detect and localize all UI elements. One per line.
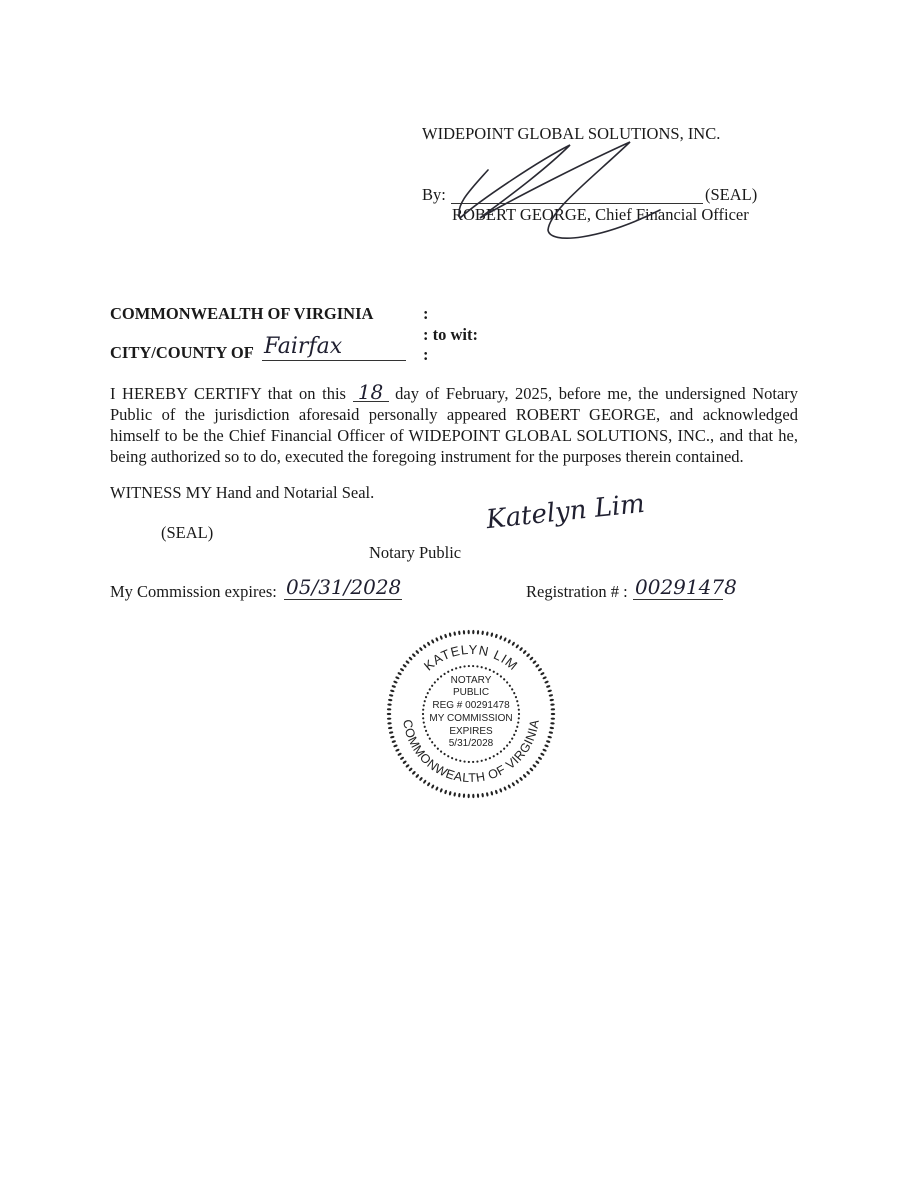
venue-colon-bottom: :: [423, 345, 429, 365]
registration-handwritten-value: 00291478: [635, 575, 737, 599]
county-field: Fairfax: [262, 336, 406, 361]
stamp-line: MY COMMISSION: [429, 713, 512, 724]
state-heading: COMMONWEALTH OF VIRGINIA: [110, 304, 373, 324]
stamp-line: EXPIRES: [449, 726, 493, 737]
cfo-signature: [440, 140, 680, 250]
certification-text-start: I HEREBY CERTIFY that on this: [110, 384, 346, 403]
venue-colon-top: :: [423, 304, 429, 324]
commission-expires-field: 05/31/2028: [284, 575, 402, 600]
notary-signature: Katelyn Lim: [485, 489, 646, 535]
svg-text:KATELYN LIM: KATELYN LIM: [421, 642, 521, 674]
stamp-line: REG # 00291478: [432, 700, 510, 711]
to-wit-label: : to wit:: [423, 325, 478, 345]
stamp-line: NOTARY: [451, 675, 492, 686]
witness-statement: WITNESS MY Hand and Notarial Seal.: [110, 483, 374, 503]
day-handwritten-value: 18: [353, 383, 389, 402]
signature-seal-label: (SEAL): [705, 185, 757, 205]
notary-seal-label: (SEAL): [161, 523, 213, 543]
registration-label: Registration # :: [526, 582, 628, 602]
notary-public-label: Notary Public: [369, 543, 461, 563]
commission-expires-handwritten-value: 05/31/2028: [286, 575, 401, 599]
certification-paragraph: I HEREBY CERTIFY that on this 18 day of …: [110, 383, 798, 467]
stamp-top-arc-text: KATELYN LIM: [421, 642, 521, 674]
county-label: CITY/COUNTY OF: [110, 343, 254, 363]
stamp-line: 5/31/2028: [449, 738, 494, 749]
stamp-line: PUBLIC: [453, 687, 489, 698]
county-handwritten-value: Fairfax: [264, 334, 342, 359]
registration-field: 00291478: [633, 575, 723, 600]
commission-expires-label: My Commission expires:: [110, 582, 277, 602]
notary-stamp: KATELYN LIM COMMONWEALTH OF VIRGINIA NOT…: [385, 628, 557, 800]
